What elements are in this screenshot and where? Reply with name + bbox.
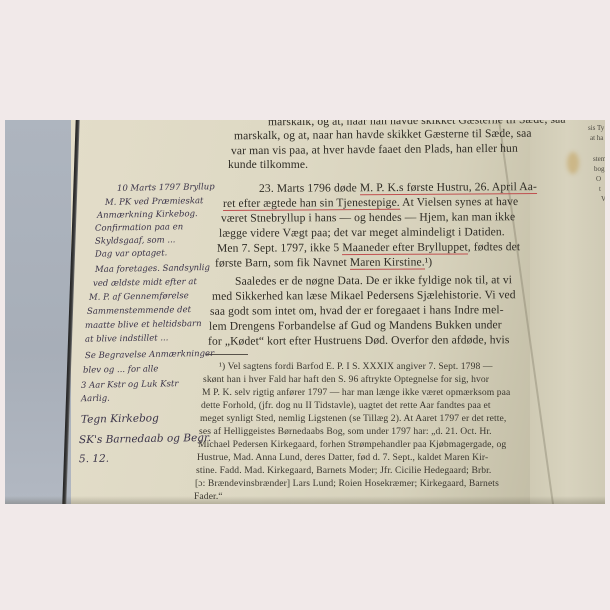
- text-line: været Stnebryllup i hans — og hendes — H…: [221, 210, 515, 225]
- text-line: saa godt som intet om, hvad der er foreg…: [210, 303, 504, 318]
- page-shadow: [5, 496, 605, 504]
- text-plain: første Barn, som fik Navnet: [215, 256, 350, 270]
- handwritten-note: M. PK ved Præmieskat: [105, 196, 204, 208]
- footnote-line: stine. Fadd. Mad. Kirkegaard, Barnets Mo…: [196, 465, 491, 476]
- text-plain: ¹): [425, 255, 433, 268]
- footnote-line: ¹) Vel sagtens fordi Barfod E. P. I S. X…: [219, 361, 493, 372]
- handwritten-note: M. P. af Gennemførelse: [89, 291, 189, 303]
- handwritten-note: 5. 12.: [79, 453, 109, 466]
- right-page-text: stem: [593, 155, 605, 163]
- text-plain: , fødtes det: [468, 240, 520, 253]
- text-line: med Sikkerhed kan læse Mikael Pedersens …: [212, 288, 516, 303]
- handwritten-note: Aarlig.: [81, 394, 110, 405]
- handwritten-note: 10 Marts 1797 Bryllup: [117, 182, 215, 194]
- right-page-text: V: [601, 195, 605, 203]
- right-page-text: t: [599, 185, 601, 193]
- footnote-line: skønt han i hver Fald har haft den S. 96…: [203, 374, 489, 385]
- page-stain: [567, 152, 579, 174]
- handwritten-note: Anmærkning Kirkebog.: [97, 209, 198, 221]
- handwritten-note: SK's Barnedaab og Begr.: [79, 432, 211, 446]
- text-plain: At Vielsen synes at have: [400, 195, 519, 209]
- handwritten-note: ved ældste midt efter at: [93, 277, 197, 289]
- text-line: 23. Marts 1796 døde M. P. K.s første Hus…: [259, 180, 537, 195]
- handwritten-note: Sammenstemmende det: [87, 305, 191, 317]
- handwritten-note: at blive indstillet ...: [85, 333, 169, 344]
- text-line: marskalk, og at, naar han havde skikket …: [234, 127, 532, 143]
- handwritten-note: Maa foretages. Sandsynlig: [95, 263, 210, 275]
- book-photo: marskalk, og at, naar han havde skikket …: [5, 120, 605, 504]
- text-line: kunde tilkomme.: [228, 158, 308, 171]
- right-page-text: sis Ty: [588, 124, 604, 132]
- text-line: for „Kødet“ kort efter Hustruens Død. Ov…: [208, 333, 509, 348]
- text-plain: Men 7. Sept. 1797, ikke 5: [217, 241, 342, 255]
- text-line: ret efter ægtede han sin Tjenestepige. A…: [223, 195, 518, 210]
- handwritten-note: Dag var optaget.: [95, 248, 167, 259]
- handwritten-note: maatte blive et heltidsbarn: [85, 319, 202, 331]
- underlined-text: Maaneder efter Brylluppet: [342, 240, 468, 255]
- text-line: første Barn, som fik Navnet Maren Kirsti…: [215, 255, 432, 269]
- handwritten-note: Tegn Kirkebog: [81, 412, 159, 425]
- text-line: lægge videre Vægt paa; det var meget alm…: [219, 225, 505, 239]
- text-line: Saaledes er de nøgne Data. De er ikke fy…: [235, 273, 512, 287]
- text-plain: 23. Marts 1796 døde: [259, 181, 360, 195]
- underlined-text: Maren Kirstine.: [350, 255, 425, 269]
- text-line: Men 7. Sept. 1797, ikke 5 Maaneder efter…: [217, 240, 520, 255]
- right-page-text: O: [596, 175, 601, 183]
- text-line: lem Drengens Forbandelse af Gud og Mande…: [209, 318, 502, 333]
- footnote-line: Michael Pedersen Kirkegaard, forhen Strø…: [198, 439, 506, 450]
- underlined-text: ret efter ægtede han sin Tjenestepige.: [223, 196, 400, 211]
- handwritten-note: Skyldsgaaf, som ...: [95, 235, 176, 246]
- footnote-line: dette Forhold, (jfr. dog nu II Tidstavle…: [201, 400, 491, 411]
- right-page-text: bog: [594, 165, 605, 173]
- right-page-text: at ha: [590, 134, 603, 142]
- underlined-text: M. P. K.s første Hustru, 26. April Aa-: [360, 180, 537, 195]
- handwritten-note: 3 Aar Kstr og Luk Kstr: [81, 379, 179, 391]
- footnote-line: M P. K. selv rigtig anfører 1797 — har m…: [202, 387, 510, 398]
- text-line: var man vis paa, at hver havde faaet den…: [231, 142, 518, 158]
- footnote-line: ses af Helliggeistes Børnedaabs Bog, som…: [199, 426, 492, 437]
- handwritten-note: Confirmation paa en: [95, 222, 183, 234]
- handwritten-note: blev og ... for alle: [83, 364, 158, 375]
- footnote-line: Hustrue, Mad. Anna Lund, deres Datter, f…: [197, 452, 488, 463]
- footnote-line: meget synligt Sted, nemlig Ligstenen (se…: [200, 413, 506, 424]
- right-page: [530, 120, 605, 504]
- footnote-line: [ɔ: Brændevinsbrænder] Lars Lund; Roien …: [195, 478, 499, 489]
